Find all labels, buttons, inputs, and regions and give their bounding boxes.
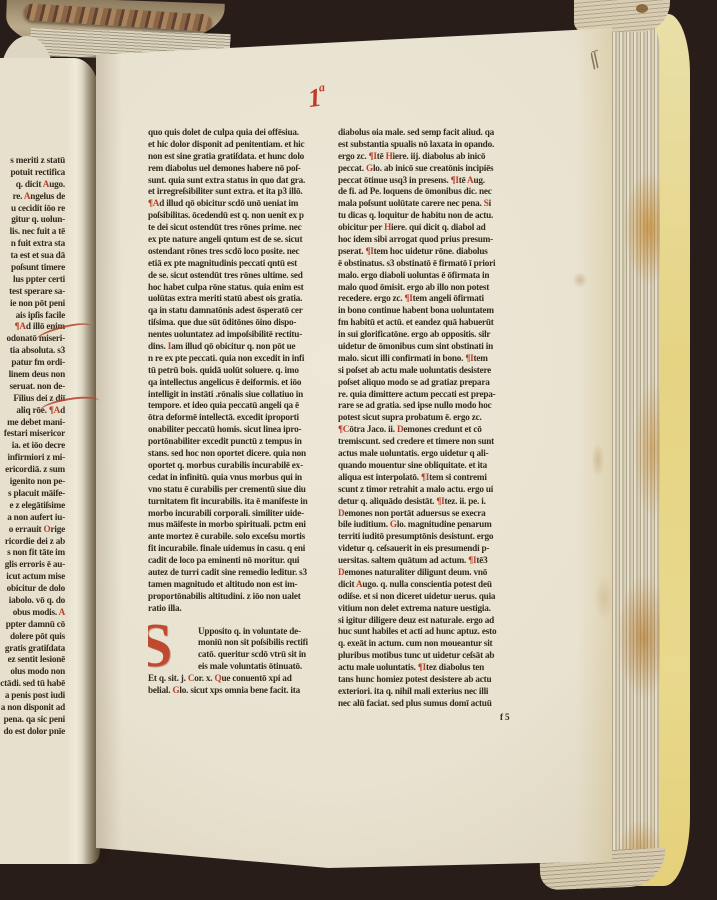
text-line: obicitur per Hiere. qui dicit q. diabol … [338,222,536,234]
text-line: vitium non delet extrema nature uestigia… [338,603,536,615]
rubricated-text: ¶I [366,246,374,256]
text-line: eis male voluntatis ōtinuatō. [198,661,338,673]
text-line: ericordiā. z sum [0,464,66,476]
text-line: dicit Augo. q. nulla conscientia potest … [338,579,536,591]
text-line: non est sine gratia gratiſdata. et hunc … [148,151,338,163]
text-line: lus ppter certi [0,274,66,286]
text-line: poſsibilitas. ōcedendū est q. non uenit … [148,210,338,222]
text-line: peccat. Glo. ab inicō sue creatōnis inci… [338,163,536,175]
text-line: si poſset ab actu male uoluntatis desist… [338,365,536,377]
text-line: potest sicut supra probatum ē. ergo zc. [338,412,536,424]
text-line: proportōnabilis altitudini. z iōo non ua… [148,591,338,603]
text-line: ez sentit lesionē [0,654,66,666]
rubricated-text: ¶A [148,198,159,208]
handwritten-quire-mark: 1a [306,81,328,112]
text-line: ¶Cōtra Jaco. ii. Demones credunt et cō [338,424,536,436]
text-line: qa intellectus angelicus ē deiformis. et… [148,377,338,389]
text-line: rare se ad gratia. sed ipse nullo modo h… [338,400,536,412]
rubricated-text: D [338,508,344,518]
text-line: recedere. ergo zc. ¶Item angeli ōfirmati [338,293,536,305]
text-line: fm habitū et actū. et eandez quā habuerū… [338,317,536,329]
text-line: pluribus motibus tunc ut uidetur ceſsāt … [338,650,536,662]
text-line: potuit rectifica [0,167,66,179]
text-line: catō. queritur scdō vtrū sit in [198,649,338,661]
text-line: in sui glorificatōne. ergo ab oppositis.… [338,329,536,341]
text-line: oportet q. morbus curabilis incurabilē e… [148,460,338,472]
text-line: est substantia spualis nō laxata in opan… [338,139,536,151]
text-line: de fi. ad Pe. loquens de ōmonibus dic. n… [338,186,536,198]
text-line: obicitur de dolo [0,583,66,595]
text-line: actus male uoluntatis. ergo uidetur q al… [338,448,536,460]
rubricated-text: G [172,685,179,695]
text-line: exteriori. ita q. nihil mali exterius ne… [338,686,536,698]
text-line: mala poſsunt uolūtate carere nec pena. S… [338,198,536,210]
text-line: ante mortez ē curabile. solo exceſsu mor… [148,531,338,543]
text-line: actu male uoluntatis. ¶Itez diabolus ten [338,662,536,674]
text-line: ctādi. sed tū habē [0,678,66,690]
text-line: rem diabolus uel demones habere nō poſ- [148,163,338,175]
text-line: stans. sed hoc non oportet dicere. quia … [148,448,338,460]
text-line: pena. qa sic peni [0,714,66,726]
rubricated-text: D [338,567,344,577]
text-line: tremiscunt. sed credere et timere non su… [338,436,536,448]
text-line: qa in statu damnatōnis adest ōsperatō ce… [148,305,338,317]
text-line: gratis gratiſdata [0,643,66,655]
text-line: mus māifeste in morbo spirituali. pctm e… [148,519,338,531]
text-line: cadit de loco pa eminenti nō moritur. qu… [148,555,338,567]
rubricated-text: ¶I [465,353,473,363]
text-line: infirmiori z mi- [0,452,66,464]
text-line: Demones naturaliter diligunt deum. vnō [338,567,536,579]
text-line: territi iuditō presumptōnis desistunt. e… [338,531,536,543]
facing-page-text-column: s meriti z statūpotuit rectificaq. dicit… [0,155,66,741]
text-line: autez de turri cadit sine remedio leditu… [148,567,338,579]
text-line: gitur q. uolun- [0,214,66,226]
rubricated-text: ¶I [405,293,413,303]
text-line: s non fit tāte im [0,547,66,559]
rubricated-text: ¶C [338,424,349,434]
text-line: a non disponit ad [0,702,66,714]
text-line: quo quis dolet de culpa quia dei offēsiu… [148,127,338,139]
text-line: de se. sicut ostendūt tres rōnes ultime.… [148,270,338,282]
text-line: detur q. aliquādo desistāt. ¶Itez. ii. p… [338,496,536,508]
text-line: ia. et iōo decre [0,440,66,452]
text-line: tamen magnitudo et altitudo non est im- [148,579,338,591]
text-line: q. exeāt in actum. cum non moueantur sit [338,638,536,650]
text-line: vno statu ē curabilis per crementū siue … [148,484,338,496]
text-line: ostendant rōnes tres scdō loco posite. n… [148,246,338,258]
text-line: a non aufert iu- [0,512,66,524]
rubricated-text: A [356,579,362,589]
rubricated-text: D [397,424,403,434]
text-line: glis erroris ē au- [0,559,66,571]
text-line: cedat in infinitū. quia vnus morbus qui … [148,472,338,484]
text-line: ie non pōt peni [0,298,66,310]
text-line: ē obstinatus. s3 obstinatō ē firmatō ī p… [338,258,536,270]
column-left-closing-lines: Et q. sit. j. Cor. x. Que conuentō xpi a… [148,673,338,697]
text-line: malo. ergo diaboli uoluntas ē ōfirmata i… [338,270,536,282]
lombardic-initial: S [148,620,194,674]
text-line: ergo zc. ¶Itē Hiere. iij. diabolus ab in… [338,151,536,163]
text-line: seruat. non de- [0,381,66,393]
text-line: tu dicas q. loquitur de habitu non de ac… [338,210,536,222]
text-line: Demones non portāt aduersus se execra [338,508,536,520]
text-line: lis. nec fuit a tē [0,226,66,238]
rubricated-text: ¶I [451,175,459,185]
text-line: linem deus non [0,369,66,381]
text-line: ta est et sua dā [0,250,66,262]
text-line: poſsunt timere [0,262,66,274]
text-line: re. Angelus de [0,191,66,203]
text-line: in bono continue habent bona uoluntatem [338,305,536,317]
text-line: peccat ōtinue usq3 in presens. ¶Itē Aug. [338,175,536,187]
column-right-body: diabolus oia male. sed semp facit aliud.… [338,127,536,710]
text-line: tia absoluta. s3 [0,345,66,357]
text-line: intelligit in instāti .rōnalis siue coll… [148,389,338,401]
rubricated-text: Q [214,673,221,683]
rubricated-text: A [24,191,30,201]
text-line: olus modo non [0,666,66,678]
text-line: malo. sicut illi confirmati in bono. ¶It… [338,353,536,365]
text-line: pserat. ¶Item hoc uidetur rōne. diabolus [338,246,536,258]
text-line: diabolus oia male. sed semp facit aliud.… [338,127,536,139]
text-line: ¶Ad illud qō obicitur scdō unō ueniat im [148,198,338,210]
rubricated-text: ¶I [468,555,476,565]
text-line: dolere pōt quis [0,631,66,643]
rubricated-text: O [44,524,51,534]
text-line: ricordie dei z ab [0,536,66,548]
text-line: ais ipſis facile [0,310,66,322]
text-line: me debet mani- [0,417,66,429]
text-line: test sperare sa- [0,286,66,298]
rubricated-text: H [386,151,393,161]
quire-signature-mark: f 5 [338,711,536,724]
text-line: festari misericor [0,428,66,440]
text-line: etiā ex pte magnitudinis peccati qntū es… [148,258,338,270]
text-line: q. dicit Augo. [0,179,66,191]
text-line: Upposito q. in voluntate de- [198,626,338,638]
rubricated-text: A [59,607,65,617]
rubricated-text: ¶I [421,472,429,482]
text-line: scunt z timor retrahit a malo actu. ergo… [338,484,536,496]
text-line: uolūtas extra meriti statū abest ois gra… [148,293,338,305]
text-line: et hic dolor disponit ad penitentiam. et… [148,139,338,151]
text-line: belial. Glo. sicut xps omnia bene facit.… [148,685,338,697]
text-line: tiſsima. que due sūt ōditōnes ōino dispo… [148,317,338,329]
text-line: bile iuditium. Glo. magnitudine penarum [338,519,536,531]
text-line: do est dolor pnīe [0,726,66,738]
rubricated-text: C [188,673,194,683]
text-line: n fuit extra sta [0,238,66,250]
text-line: obus modis. A [0,607,66,619]
text-line: te dei sicut ostendūt tres rōnes prime. … [148,222,338,234]
text-line: nentes uoluntatez ad impoſsibilitē recti… [148,329,338,341]
text-line: fit incurabile. finale uidemus in casu. … [148,543,338,555]
rubricated-text: ¶I [418,662,426,672]
text-line: n re ex pte peccati. quia non excedit in… [148,353,338,365]
text-line: s meriti z statū [0,155,66,167]
recto-page: 1a ſſ quo quis dolet de culpa quia dei o… [96,28,612,868]
text-line: nec alū faciat. sed plus sumus domī actu… [338,698,536,710]
text-line: u cecidit iōo re [0,203,66,215]
text-line: s placuit māife- [0,488,66,500]
text-line: videtur q. ceſsauerit in eis presumendi … [338,543,536,555]
text-column-left: quo quis dolet de culpa quia dei offēsiu… [148,127,338,727]
rubricated-text: S [484,198,489,208]
top-right-page-corners [574,0,670,32]
text-line: si igitur diligere deuz est naturale. er… [338,615,536,627]
text-line: re. quia dimittere actum peccati est pre… [338,389,536,401]
drop-cap-indented-lines: Upposito q. in voluntate de-moniū non si… [198,626,338,674]
handwritten-folio-mark: ſſ [587,49,600,69]
text-line: malo quod ōmisit. ergo ab illo non potes… [338,282,536,294]
text-column-right: diabolus oia male. sed semp facit aliud.… [338,127,536,739]
text-line: turnitatem fit incurabilis. ita ē manife… [148,496,338,508]
text-line: moniū non sit poſsibilis rectifi [198,637,338,649]
rubricated-text: G [390,519,397,529]
text-line: onabiliter peccatū homis. sicut linea ip… [148,424,338,436]
text-line: aliqua est interpolatō. ¶Item si contrem… [338,472,536,484]
column-left-body: quo quis dolet de culpa quia dei offēsiu… [148,127,338,615]
rubricated-text: I [168,341,171,351]
text-line: hoc habet culpa rōne status. quia enim e… [148,282,338,294]
new-question-paragraph: S Upposito q. in voluntate de-moniū non … [148,626,338,674]
rubricated-text: G [366,163,373,173]
text-line: ōtra deformē intellectā. excedit ipropor… [148,412,338,424]
text-line: ppter damnū cō [0,619,66,631]
text-line: igenito non pe- [0,476,66,488]
text-line: portōnabiliter excedit punctū z tempus i… [148,436,338,448]
text-line: ex pte nature angeli qntum est de se. si… [148,234,338,246]
rubricated-text: H [384,222,391,232]
text-line: poſset aliquo modo se ad gratiaz prepara [338,377,536,389]
rubricated-text: A [467,175,473,185]
text-line: sunt. quia sunt extra status in quo dat … [148,175,338,187]
text-line: huc sunt habiles et acti ad hunc aptuz. … [338,626,536,638]
rubricated-text: ¶I [436,496,444,506]
text-line: ratio illa. [148,603,338,615]
text-line: hoc idem sibi arrogat quod prius presum- [338,234,536,246]
text-line: quando mouentur sine obliquitate. et ita [338,460,536,472]
text-line: dins. Iam illud qō obicitur q. non pōt u… [148,341,338,353]
rubricated-text: ¶A [15,321,26,331]
rubricated-text: ¶I [369,151,377,161]
text-line: o errauit Orige [0,524,66,536]
rubricated-text: A [43,179,49,189]
text-line: icut actum mise [0,571,66,583]
text-line: tempore. et ideo quia peccatū angeli qa … [148,400,338,412]
text-line: e z elegātiſsime [0,500,66,512]
text-line: tans hunc homiez potest desistere ab act… [338,674,536,686]
text-line: Et q. sit. j. Cor. x. Que conuentō xpi a… [148,673,338,685]
text-line: uersitas. saltem quātum ad actum. ¶Itē3 [338,555,536,567]
text-line: iabolo. vō q. do [0,595,66,607]
text-line: uidetur de ōmonibus cum sint obstinati i… [338,341,536,353]
text-line: patur fm ordi- [0,357,66,369]
text-line: a penis post iudi [0,690,66,702]
text-line: odiſse. et si non diceret uidetur uerus.… [338,591,536,603]
incunable-photograph: s meriti z statūpotuit rectificaq. dicit… [0,0,717,900]
quire-mark-superscript: a [318,80,326,95]
text-line: tū petrū bois. quidā uolūt soluere. q. i… [148,365,338,377]
text-line: et irregreſsibiliter sunt extra. et ita … [148,186,338,198]
text-line: morbo incurabili corporali. similiter ui… [148,508,338,520]
